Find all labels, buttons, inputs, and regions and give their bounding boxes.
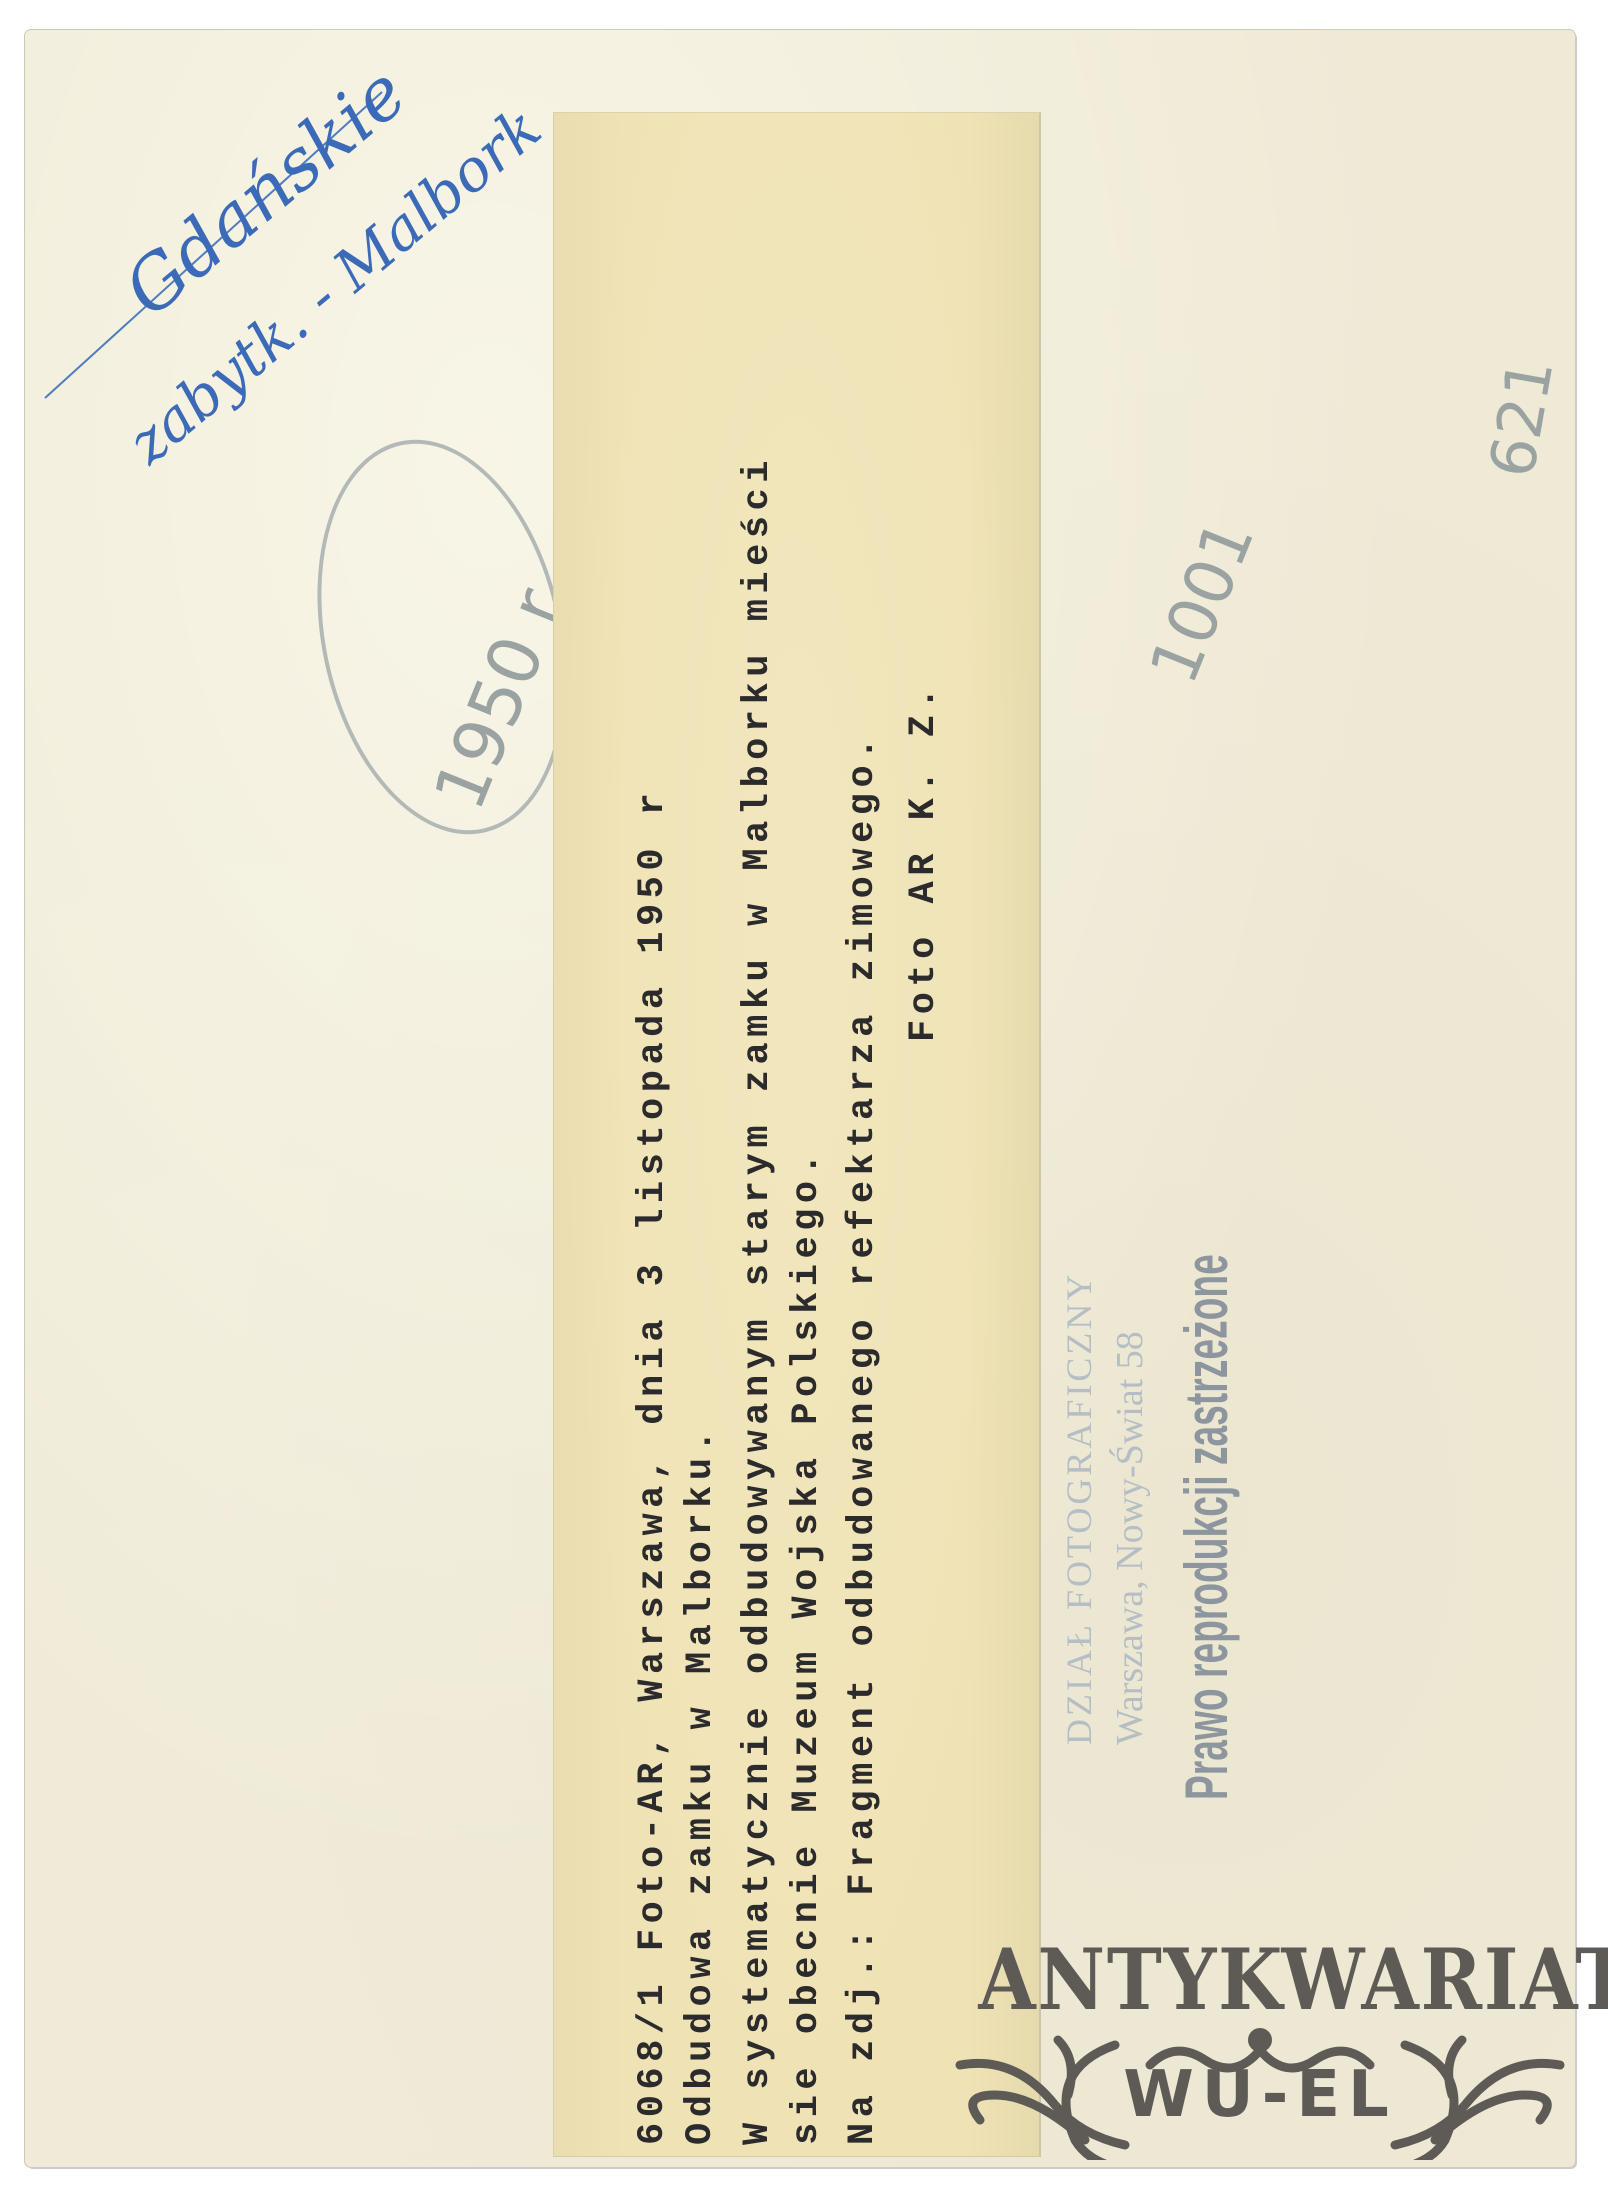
caption-line-5: Na zdj.: Fragment odbudowanego refektarz… bbox=[842, 732, 884, 2145]
watermark-subtitle: WU-EL bbox=[940, 2058, 1580, 2132]
caption-line-1: 6068/1 Foto-AR, Warszawa, dnia 3 listopa… bbox=[632, 788, 674, 2145]
caption-line-3: W systematycznie odbudowywanym starym za… bbox=[737, 455, 779, 2145]
caption-line-4: sie obecnie Muzeum Wojska Polskiego. bbox=[786, 1148, 828, 2145]
caption-line-2: Odbudowa zamku w Malborku. bbox=[680, 1425, 722, 2145]
caption-line-6: Foto AR K. Z. bbox=[903, 682, 945, 1042]
stamp-line-3: Prawo reprodukcji zastrzeżone bbox=[1172, 1254, 1241, 1800]
stamp-line-2: Warszawa, Nowy-Świat 58 bbox=[1108, 1331, 1152, 1745]
stamp-line-1: DZIAŁ FOTOGRAFICZNY bbox=[1058, 1272, 1100, 1745]
antykwariat-watermark: ANTYKWARIAT WU-EL bbox=[940, 1930, 1580, 2160]
